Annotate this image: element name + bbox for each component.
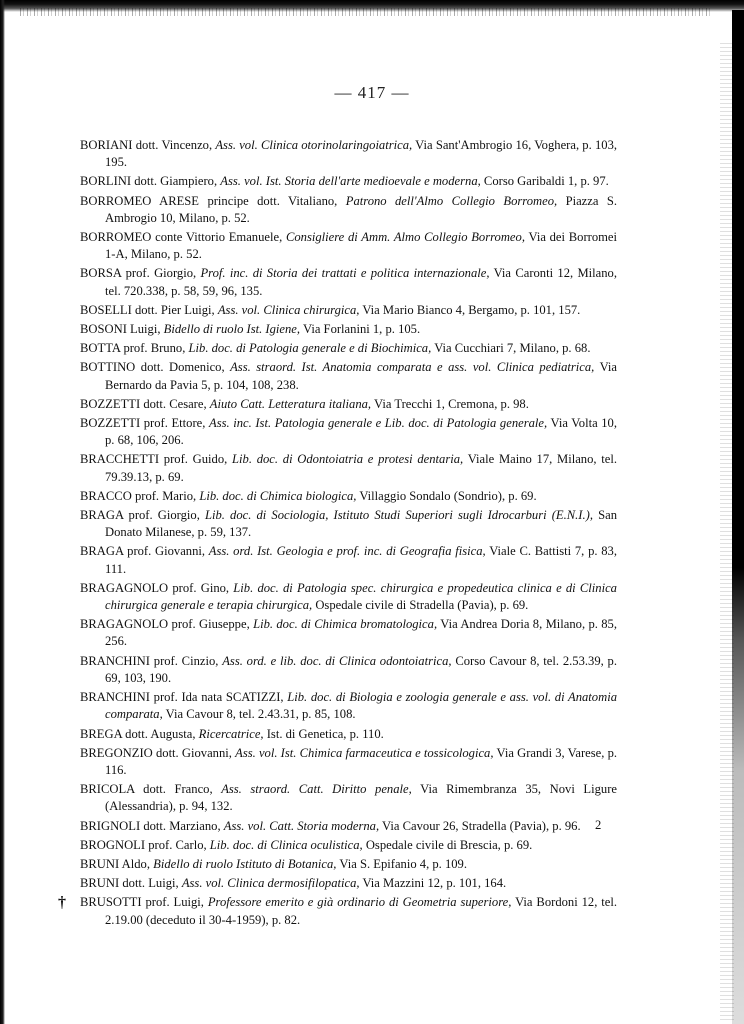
entry-surname: BORROMEO ARESE xyxy=(80,194,199,208)
entry-surname: BRAGA xyxy=(80,508,123,522)
entry-title: dott. Augusta, xyxy=(125,727,195,741)
entry-address: Via Forlanini 1, p. 105. xyxy=(303,322,420,336)
entry-role: Lib. doc. di Chimica biologica, xyxy=(199,489,356,503)
entry-surname: BRUNI xyxy=(80,857,119,871)
deceased-dagger-icon: † xyxy=(58,894,66,911)
entry-surname: BRAGAGNOLO xyxy=(80,617,168,631)
entry-title: dott. Giovanni, xyxy=(156,746,232,760)
scan-noise xyxy=(20,8,710,16)
entry-surname: BREGONZIO xyxy=(80,746,153,760)
directory-entry: BRACCO prof. Mario, Lib. doc. di Chimica… xyxy=(80,488,617,505)
directory-entry: BOZZETTI dott. Cesare, Aiuto Catt. Lette… xyxy=(80,396,617,413)
directory-entry: BREGA dott. Augusta, Ricercatrice, Ist. … xyxy=(80,726,617,743)
entry-role: Ass. vol. Catt. Storia moderna, xyxy=(224,819,379,833)
entry-address: Ist. di Genetica, p. 110. xyxy=(267,727,384,741)
entry-address: Via Cavour 26, Stradella (Pavia), p. 96. xyxy=(382,819,581,833)
entry-role: Patrono dell'Almo Collegio Borromeo, xyxy=(346,194,557,208)
directory-entry: BRICOLA dott. Franco, Ass. straord. Catt… xyxy=(80,781,617,815)
entry-title: prof. Cinzio, xyxy=(154,654,219,668)
entry-surname: BRIGNOLI xyxy=(80,819,140,833)
entry-role: Ass. vol. Clinica chirurgica, xyxy=(218,303,360,317)
entry-role: Lib. doc. di Odontoiatria e protesi dent… xyxy=(232,452,463,466)
entry-surname: BORIANI xyxy=(80,138,132,152)
entry-title: dott. Franco, xyxy=(143,782,212,796)
directory-entry: BOTTINO dott. Domenico, Ass. straord. Is… xyxy=(80,359,617,393)
entry-title: dott. Luigi, xyxy=(122,876,178,890)
directory-entry: BORLINI dott. Giampiero, Ass. vol. Ist. … xyxy=(80,173,617,190)
entry-role: Bidello di ruolo Ist. Igiene, xyxy=(164,322,300,336)
entry-surname: BRAGA xyxy=(80,544,123,558)
entry-role: Professore emerito e già ordinario di Ge… xyxy=(208,895,512,909)
entry-surname: BRICOLA xyxy=(80,782,135,796)
entry-surname: BORSA xyxy=(80,266,121,280)
entry-role: Aiuto Catt. Letteratura italiana, xyxy=(210,397,371,411)
entry-title: dott. Giampiero, xyxy=(134,174,217,188)
directory-entry: BOTTA prof. Bruno, Lib. doc. di Patologi… xyxy=(80,340,617,357)
entry-role: Ass. vol. Clinica otorinolaringoiatrica, xyxy=(215,138,412,152)
directory-entry: BOSELLI dott. Pier Luigi, Ass. vol. Clin… xyxy=(80,302,617,319)
entry-surname: BOSELLI xyxy=(80,303,132,317)
entry-surname: BRAGAGNOLO xyxy=(80,581,168,595)
entry-role: Bidello di ruolo Istituto di Botanica, xyxy=(153,857,336,871)
entry-role: Ass. inc. Ist. Patologia generale e Lib.… xyxy=(209,416,547,430)
entry-surname: BOSONI xyxy=(80,322,127,336)
directory-entries: BORIANI dott. Vincenzo, Ass. vol. Clinic… xyxy=(80,137,617,931)
entry-surname: BRUNI xyxy=(80,876,119,890)
entry-title: conte Vittorio Emanuele, xyxy=(155,230,282,244)
entry-surname: BORLINI xyxy=(80,174,131,188)
entry-address: Via Mario Bianco 4, Bergamo, p. 101, 157… xyxy=(362,303,580,317)
margin-mark: 2 xyxy=(595,818,601,833)
entry-address: Via S. Epifanio 4, p. 109. xyxy=(339,857,467,871)
entry-address: Ospedale civile di Stradella (Pavia), p.… xyxy=(315,598,528,612)
entry-title: prof. Guido, xyxy=(164,452,228,466)
entry-title: prof. Luigi, xyxy=(145,895,203,909)
entry-title: prof. Giuseppe, xyxy=(172,617,250,631)
entry-surname: BRACCO xyxy=(80,489,132,503)
directory-entry: BRUNI dott. Luigi, Ass. vol. Clinica der… xyxy=(80,875,617,892)
entry-title: prof. Ida nata SCATIZZI, xyxy=(154,690,284,704)
entry-address: Corso Garibaldi 1, p. 97. xyxy=(484,174,609,188)
entry-title: dott. Vincenzo, xyxy=(136,138,212,152)
directory-entry: BORROMEO conte Vittorio Emanuele, Consig… xyxy=(80,229,617,263)
entry-surname: BRANCHINI xyxy=(80,654,150,668)
directory-entry: BOZZETTI prof. Ettore, Ass. inc. Ist. Pa… xyxy=(80,415,617,449)
entry-role: Lib. doc. di Chimica bromatologica, xyxy=(253,617,437,631)
entry-title: prof. Bruno, xyxy=(123,341,185,355)
directory-entry: BOSONI Luigi, Bidello di ruolo Ist. Igie… xyxy=(80,321,617,338)
entry-address: Villaggio Sondalo (Sondrio), p. 69. xyxy=(359,489,536,503)
entry-title: dott. Pier Luigi, xyxy=(135,303,215,317)
entry-title: prof. Giorgio, xyxy=(129,508,200,522)
directory-entry: BRAGAGNOLO prof. Gino, Lib. doc. di Pato… xyxy=(80,580,617,614)
scan-speckle xyxy=(720,40,734,1020)
entry-role: Ass. ord. e lib. doc. di Clinica odontoi… xyxy=(222,654,451,668)
entry-role: Lib. doc. di Clinica oculistica, xyxy=(210,838,363,852)
entry-address: Via Mazzini 12, p. 101, 164. xyxy=(362,876,506,890)
entry-surname: BROGNOLI xyxy=(80,838,145,852)
entry-surname: BRACCHETTI xyxy=(80,452,159,466)
entry-role: Consigliere di Amm. Almo Collegio Borrom… xyxy=(286,230,525,244)
directory-entry: BROGNOLI prof. Carlo, Lib. doc. di Clini… xyxy=(80,837,617,854)
entry-role: Ricercatrice, xyxy=(199,727,264,741)
entry-role: Ass. ord. Ist. Geologia e prof. inc. di … xyxy=(209,544,486,558)
directory-entry: BRUNI Aldo, Bidello di ruolo Istituto di… xyxy=(80,856,617,873)
directory-entry: BRAGA prof. Giovanni, Ass. ord. Ist. Geo… xyxy=(80,543,617,577)
entry-title: dott. Domenico, xyxy=(141,360,225,374)
entry-surname: BOTTA xyxy=(80,341,120,355)
entry-title: dott. Cesare, xyxy=(143,397,206,411)
entry-title: prof. Mario, xyxy=(135,489,196,503)
entry-title: prof. Giovanni, xyxy=(127,544,205,558)
entry-address: Via Cucchiari 7, Milano, p. 68. xyxy=(434,341,590,355)
entry-address: Via Trecchi 1, Cremona, p. 98. xyxy=(374,397,529,411)
directory-entry: BRAGAGNOLO prof. Giuseppe, Lib. doc. di … xyxy=(80,616,617,650)
entry-surname: BORROMEO xyxy=(80,230,151,244)
entry-title: prof. Carlo, xyxy=(148,838,206,852)
entry-surname: BRANCHINI xyxy=(80,690,150,704)
entry-role: Prof. inc. di Storia dei trattati e poli… xyxy=(200,266,489,280)
entry-title: Luigi, xyxy=(130,322,160,336)
entry-role: Lib. doc. di Sociologia, Istituto Studi … xyxy=(205,508,593,522)
directory-entry: BORIANI dott. Vincenzo, Ass. vol. Clinic… xyxy=(80,137,617,171)
page-number: — 417 — xyxy=(0,83,744,103)
directory-entry: †BRUSOTTI prof. Luigi, Professore emerit… xyxy=(80,894,617,928)
directory-entry: BRIGNOLI dott. Marziano, Ass. vol. Catt.… xyxy=(80,818,617,835)
entry-surname: BOTTINO xyxy=(80,360,135,374)
entry-title: principe dott. Vitaliano, xyxy=(207,194,337,208)
entry-role: Ass. straord. Catt. Diritto penale, xyxy=(221,782,412,796)
entry-title: prof. Gino, xyxy=(172,581,229,595)
entry-role: Ass. vol. Ist. Storia dell'arte medioeva… xyxy=(220,174,480,188)
directory-entry: BORROMEO ARESE principe dott. Vitaliano,… xyxy=(80,193,617,227)
entry-address: Ospedale civile di Brescia, p. 69. xyxy=(366,838,532,852)
scan-left-edge xyxy=(0,0,5,1024)
directory-entry: BRANCHINI prof. Cinzio, Ass. ord. e lib.… xyxy=(80,653,617,687)
entry-role: Ass. vol. Ist. Chimica farmaceutica e to… xyxy=(235,746,493,760)
entry-surname: BOZZETTI xyxy=(80,416,140,430)
entry-role: Lib. doc. di Patologia generale e di Bio… xyxy=(189,341,432,355)
entry-address: Via Cavour 8, tel. 2.43.31, p. 85, 108. xyxy=(166,707,356,721)
directory-entry: BRACCHETTI prof. Guido, Lib. doc. di Odo… xyxy=(80,451,617,485)
directory-entry: BRANCHINI prof. Ida nata SCATIZZI, Lib. … xyxy=(80,689,617,723)
entry-surname: BOZZETTI xyxy=(80,397,140,411)
entry-role: Ass. straord. Ist. Anatomia comparata e … xyxy=(230,360,594,374)
entry-title: dott. Marziano, xyxy=(143,819,220,833)
directory-entry: BRAGA prof. Giorgio, Lib. doc. di Sociol… xyxy=(80,507,617,541)
entry-surname: BRUSOTTI xyxy=(80,895,142,909)
entry-title: prof. Ettore, xyxy=(144,416,206,430)
directory-entry: BORSA prof. Giorgio, Prof. inc. di Stori… xyxy=(80,265,617,299)
entry-surname: BREGA xyxy=(80,727,122,741)
entry-title: Aldo, xyxy=(122,857,150,871)
entry-title: prof. Giorgio, xyxy=(126,266,197,280)
entry-role: Ass. vol. Clinica dermosifilopatica, xyxy=(182,876,360,890)
directory-entry: BREGONZIO dott. Giovanni, Ass. vol. Ist.… xyxy=(80,745,617,779)
